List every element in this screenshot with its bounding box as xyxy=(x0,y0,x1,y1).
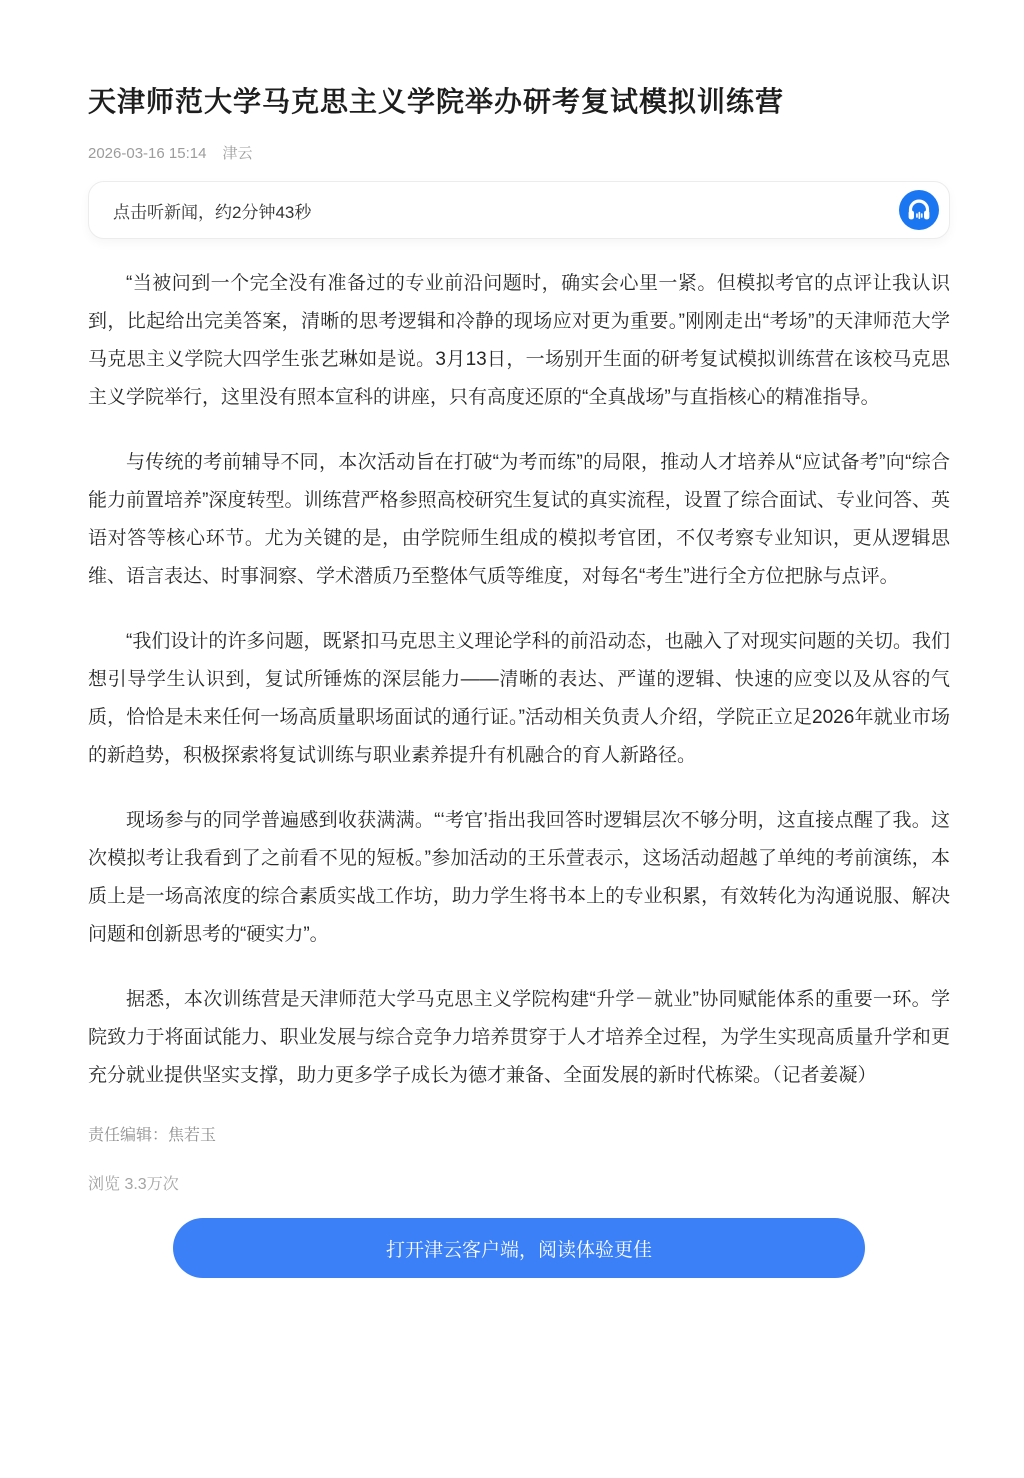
paragraph-3: “我们设计的许多问题，既紧扣马克思主义理论学科的前沿动态，也融入了对现实问题的关… xyxy=(88,623,950,775)
paragraph-4: 现场参与的同学普遍感到收获满满。“‘考官’指出我回答时逻辑层次不够分明，这直接点… xyxy=(88,802,950,954)
listen-news-bar[interactable]: 点击听新闻，约2分钟43秒 xyxy=(88,181,950,239)
paragraph-5: 据悉，本次训练营是天津师范大学马克思主义学院构建“升学－就业”协同赋能体系的重要… xyxy=(88,981,950,1095)
paragraph-1: “当被问到一个完全没有准备过的专业前沿问题时，确实会心里一紧。但模拟考官的点评让… xyxy=(88,265,950,417)
article-body: “当被问到一个完全没有准备过的专业前沿问题时，确实会心里一紧。但模拟考官的点评让… xyxy=(88,265,950,1095)
article-title: 天津师范大学马克思主义学院举办研考复试模拟训练营 xyxy=(88,82,950,122)
publish-datetime: 2026-03-16 15:14 xyxy=(88,145,206,162)
source-name: 津云 xyxy=(222,145,252,162)
article-page: 天津师范大学马克思主义学院举办研考复试模拟训练营 2026-03-16 15:1… xyxy=(0,0,1024,1478)
paragraph-2: 与传统的考前辅导不同，本次活动旨在打破“为考而练”的局限，推动人才培养从“应试备… xyxy=(88,444,950,596)
editor-line: 责任编辑：焦若玉 xyxy=(88,1122,950,1145)
headphone-icon[interactable] xyxy=(899,190,939,230)
article-meta: 2026-03-16 15:14津云 xyxy=(88,142,950,163)
listen-news-label: 点击听新闻，约2分钟43秒 xyxy=(113,198,311,223)
open-app-button[interactable]: 打开津云客户端，阅读体验更佳 xyxy=(173,1218,865,1278)
view-count: 浏览 3.3万次 xyxy=(88,1171,950,1194)
